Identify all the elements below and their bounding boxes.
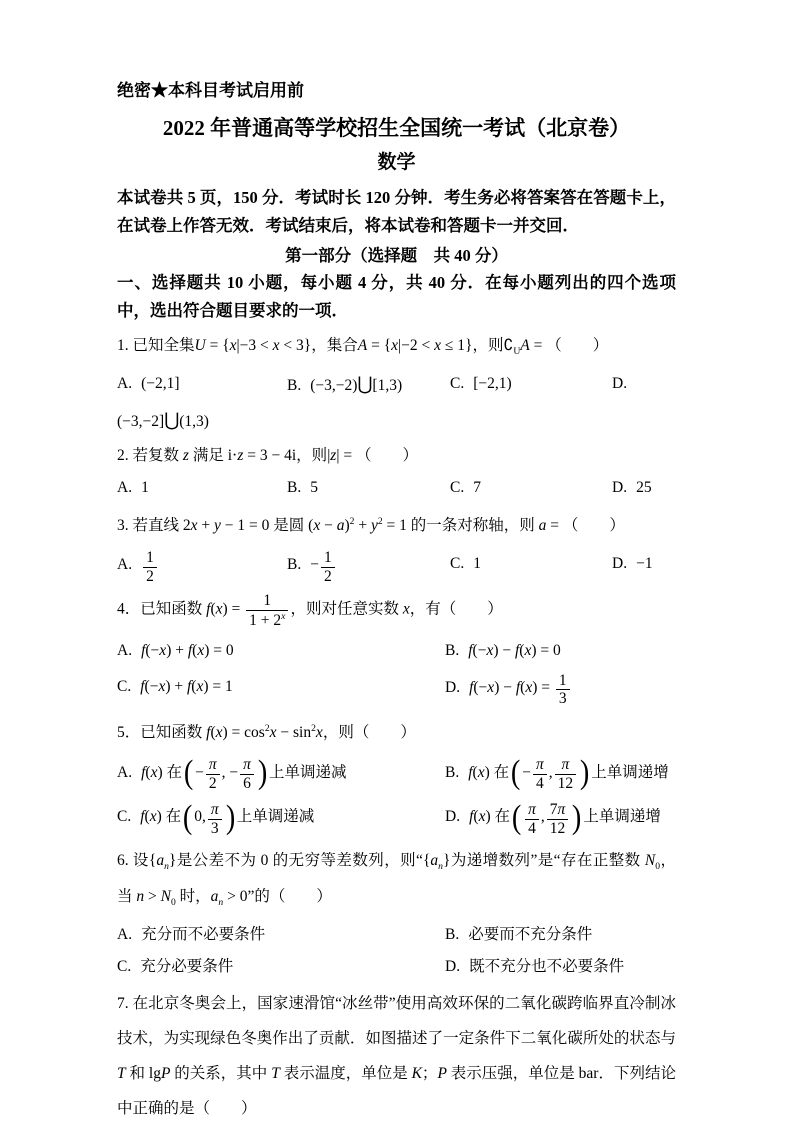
math-run: i⋅	[228, 447, 238, 464]
math-run: (−	[145, 678, 159, 695]
fraction-denominator: 12	[547, 820, 569, 838]
option-content: 必要而不充分条件	[468, 926, 592, 943]
option-content: f(x) 在(0,π3)上单调递减	[140, 808, 314, 825]
math-run: 6	[243, 775, 251, 792]
fraction: 13	[556, 672, 570, 709]
math-var: π	[558, 801, 566, 818]
fraction-numerator: 1	[556, 672, 570, 691]
math-var: π	[243, 756, 251, 773]
big-paren: )	[572, 802, 581, 834]
math-var: K	[412, 1065, 422, 1082]
option-label: D.	[445, 808, 460, 825]
question-2-stem: 2. 若复数 z 满足 i⋅z = 3 − 4i，则|z| = （ ）	[117, 441, 676, 471]
text-run: 上单调递减	[237, 808, 315, 825]
text-run: （ ）	[356, 447, 418, 464]
question-5-option-d: D.f(x) 在(π4,7π12)上单调递增	[445, 801, 676, 838]
option-label: D.	[612, 479, 627, 496]
math-run: ) −	[494, 679, 516, 696]
math-run: (−3,−2)	[310, 377, 357, 394]
text-run: 在	[491, 808, 510, 825]
fraction-denominator: 3	[556, 690, 570, 708]
math-var: π	[211, 801, 219, 818]
option-content: f(−x) − f(x) = 0	[468, 642, 561, 659]
math-var: π	[209, 756, 217, 773]
math-run: ≤ 1}	[441, 337, 472, 354]
math-var: A	[520, 337, 529, 354]
math-run: 2	[183, 517, 191, 534]
text-run: 在	[163, 764, 182, 781]
fraction-denominator: 2	[143, 568, 157, 586]
math-run: − sin	[277, 724, 312, 741]
text-run: 6. 设	[117, 852, 149, 869]
fraction: π3	[208, 801, 222, 838]
option-content: f(−x) + f(x) = 0	[141, 642, 234, 659]
math-run: 1	[146, 549, 154, 566]
math-var: x	[403, 600, 410, 617]
math-run: ) = 0	[531, 642, 560, 659]
text-run: 充分必要条件	[140, 958, 233, 975]
question-1: 1. 已知全集U = {x|−3 < x < 3}，集合A = {x|−2 < …	[117, 331, 676, 437]
text-run: 表示温度，单位是	[280, 1065, 412, 1082]
option-content: f(x) 在(π4,7π12)上单调递增	[469, 808, 661, 825]
big-paren: (	[184, 757, 193, 789]
text-run: （ ）	[563, 517, 625, 534]
question-1-option-a: A.(−2,1]	[117, 369, 287, 401]
math-var: A	[358, 337, 367, 354]
exam-notice: 本试卷共 5 页，150 分．考试时长 120 分钟．考生务必将答案答在答题卡上…	[117, 184, 676, 240]
option-content: 充分而不必要条件	[141, 926, 265, 943]
fraction: π12	[555, 756, 577, 793]
fraction-denominator: 4	[533, 775, 547, 793]
text-run: 必要而不充分条件	[468, 926, 592, 943]
math-run: ) =	[223, 600, 245, 617]
math-run: |−3 <	[237, 337, 273, 354]
subject-title: 数学	[117, 150, 676, 176]
math-var: π	[528, 801, 536, 818]
math-var: a	[430, 852, 438, 869]
fraction: 12	[143, 549, 157, 586]
option-label: D.	[445, 679, 460, 696]
math-var: x	[391, 337, 398, 354]
exam-title: 2022 年普通高等学校招生全国统一考试（北京卷）	[117, 114, 676, 142]
question-2-option-c: C.7	[450, 473, 612, 503]
math-run: (−2,1]	[141, 375, 179, 392]
math-run: 2	[324, 568, 332, 585]
math-run: , −	[222, 764, 239, 781]
math-var: x	[316, 724, 323, 741]
question-4-option-a: A.f(−x) + f(x) = 0	[117, 636, 445, 666]
option-label: B.	[287, 556, 301, 573]
question-2-option-d: D.25	[612, 473, 676, 503]
math-run: ) =	[532, 679, 554, 696]
option-label: C.	[117, 958, 131, 975]
math-var: x	[216, 724, 223, 741]
math-var: π	[536, 756, 544, 773]
math-run: =	[546, 517, 563, 534]
text-run: ，则	[472, 337, 503, 354]
option-label: D.	[612, 555, 627, 572]
math-run: − 1 = 0	[221, 517, 269, 534]
option-content: 既不充分也不必要条件	[469, 958, 624, 975]
math-run: bar	[579, 1065, 599, 1082]
math-run: ) = 1	[203, 678, 232, 695]
big-paren: (	[183, 802, 192, 834]
math-run: −	[310, 556, 319, 573]
big-paren: )	[580, 757, 589, 789]
option-label: A.	[117, 642, 132, 659]
question-6-option-d: D.既不充分也不必要条件	[445, 952, 676, 982]
text-run: 时，	[176, 888, 211, 905]
math-run: [1,3)	[372, 377, 402, 394]
math-run: = {	[206, 337, 230, 354]
option-content: (−2,1]	[141, 375, 179, 392]
question-4-option-c: C.f(−x) + f(x) = 1	[117, 672, 445, 709]
question-list: 1. 已知全集U = {x|−3 < x < 3}，集合A = {x|−2 < …	[117, 331, 676, 1122]
question-6-options-row: A.充分而不必要条件B.必要而不充分条件	[117, 920, 676, 950]
math-var: x	[273, 337, 280, 354]
option-content: (−3,−2)⋃[1,3)	[310, 377, 402, 394]
question-2-option-a: A.1	[117, 473, 287, 503]
text-run: 充分而不必要条件	[141, 926, 265, 943]
question-3-options-row: A.12B.−12C.1D.−1	[117, 549, 676, 586]
option-content: f(x) 在(−π4,π12)上单调递增	[468, 764, 669, 781]
option-label: D.	[612, 375, 627, 392]
text-run: 在	[162, 808, 181, 825]
math-run: = 3 − 4i	[243, 447, 296, 464]
math-run: 12	[558, 775, 574, 792]
union-symbol: ⋃	[357, 374, 372, 394]
math-run: | =	[336, 447, 356, 464]
question-6-option-b: B.必要而不充分条件	[445, 920, 676, 950]
question-6-stem: 6. 设{an}是公差不为 0 的无穷等差数列，则“{an}为递增数列”是“存在…	[117, 846, 676, 918]
math-run: (−	[473, 679, 487, 696]
math-run: 2	[146, 568, 154, 585]
option-content: 1	[141, 479, 149, 496]
question-3-option-a: A.12	[117, 549, 287, 586]
fraction: π4	[533, 756, 547, 793]
question-1-option-d: D.	[612, 369, 676, 401]
question-5-option-b: B.f(x) 在(−π4,π12)上单调递增	[445, 756, 676, 793]
math-run: = {	[367, 337, 391, 354]
fraction: 12	[321, 549, 335, 586]
math-run: −	[195, 764, 204, 781]
math-run: 2	[209, 775, 217, 792]
big-paren: (	[511, 757, 520, 789]
text-run: ，则	[296, 447, 327, 464]
fraction-numerator: π	[206, 756, 220, 775]
option-content: 5	[310, 479, 318, 496]
text-run: ”的（ ）	[247, 888, 331, 905]
math-var: x	[270, 724, 277, 741]
exam-page: 绝密★本科目考试启用前 2022 年普通高等学校招生全国统一考试（北京卷） 数学…	[0, 0, 793, 1122]
math-run: 4	[528, 820, 536, 837]
math-run: (−3,−2]	[117, 413, 164, 430]
option-content: −1	[636, 555, 653, 572]
math-run: > 0	[223, 888, 247, 905]
question-1-option-c: C.[−2,1)	[450, 369, 612, 401]
option-label: B.	[445, 926, 459, 943]
question-6-option-c: C.充分必要条件	[117, 952, 445, 982]
math-var: T	[117, 1065, 126, 1082]
text-run: 的一条对称轴，则	[407, 517, 539, 534]
big-paren: )	[258, 757, 267, 789]
math-run: 5	[310, 479, 318, 496]
math-run: −	[522, 764, 531, 781]
math-run: = 1	[383, 517, 407, 534]
option-label: A.	[117, 479, 132, 496]
union-symbol: ⋃	[164, 410, 179, 430]
math-run: 3	[211, 820, 219, 837]
text-run: 在	[490, 764, 509, 781]
question-3-option-d: D.−1	[612, 549, 676, 586]
math-var: U	[195, 337, 206, 354]
question-5-stem: 5．已知函数 f(x) = cos2x − sin2x，则（ ）	[117, 714, 676, 748]
option-label: B.	[287, 479, 301, 496]
superscript: x	[281, 611, 285, 622]
question-6-options-row: C.充分必要条件D.既不充分也不必要条件	[117, 952, 676, 982]
math-var: x	[216, 600, 223, 617]
security-classification: 绝密★本科目考试启用前	[117, 80, 676, 102]
option-label: C.	[450, 479, 464, 496]
text-run: 是公差不为 0 的无穷等差数列，则“	[176, 852, 423, 869]
question-2: 2. 若复数 z 满足 i⋅z = 3 − 4i，则|z| = （ ）A.1B.…	[117, 441, 676, 503]
fraction-denominator: 12	[555, 775, 577, 793]
question-3: 3. 若直线 2x + y − 1 = 0 是圆 (x − a)2 + y2 =…	[117, 507, 676, 586]
math-run: ) +	[166, 642, 188, 659]
option-label: B.	[287, 377, 301, 394]
math-var: n	[136, 888, 144, 905]
fraction-denominator: 2	[321, 568, 335, 586]
fraction-numerator: 7π	[547, 801, 569, 820]
math-run: ) = 0	[204, 642, 233, 659]
option-label: A.	[117, 556, 132, 573]
section1-intro: 一、选择题共 10 小题，每小题 4 分，共 40 分．在每小题列出的四个选项中…	[117, 269, 676, 325]
question-4-options-row: A.f(−x) + f(x) = 0B.f(−x) − f(x) = 0	[117, 636, 676, 666]
question-1-options-row: A.(−2,1]B.(−3,−2)⋃[1,3)C.[−2,1)D.	[117, 369, 676, 401]
math-var: y	[214, 517, 221, 534]
question-5-option-c: C.f(x) 在(0,π3)上单调递减	[117, 801, 445, 838]
text-run: 为递增数列”是“存在正整数	[450, 852, 645, 869]
text-run: ，有（ ）	[410, 600, 503, 617]
math-run: 1	[473, 555, 481, 572]
fraction: 7π12	[547, 801, 569, 838]
text-run: （ ）	[546, 337, 608, 354]
text-run: 3. 若直线	[117, 517, 183, 534]
text-run: 上单调递减	[269, 764, 347, 781]
math-var: x	[478, 764, 485, 781]
option-content: −12	[310, 556, 337, 573]
text-run: 上单调递增	[591, 764, 669, 781]
question-6: 6. 设{an}是公差不为 0 的无穷等差数列，则“{an}为递增数列”是“存在…	[117, 846, 676, 982]
math-run: (−	[473, 642, 487, 659]
option-label: C.	[117, 808, 131, 825]
fraction-numerator: 1	[321, 549, 335, 568]
question-7-stem: 7. 在北京冬奥会上，国家速滑馆“冰丝带”使用高效环保的二氧化碳跨临界直冷制冰技…	[117, 986, 676, 1122]
text-run: 5．已知函数	[117, 724, 206, 741]
math-run: ,	[549, 764, 553, 781]
fraction-numerator: 1	[246, 592, 288, 611]
option-content: 1	[473, 555, 481, 572]
text-run: ，集合	[311, 337, 358, 354]
math-var: N	[645, 852, 655, 869]
question-5-options-row: C.f(x) 在(0,π3)上单调递减D.f(x) 在(π4,7π12)上单调递…	[117, 801, 676, 838]
math-var: N	[161, 888, 171, 905]
math-run: 0,	[194, 808, 206, 825]
text-run: ；	[422, 1065, 438, 1082]
option-content: 充分必要条件	[140, 958, 233, 975]
option-content: f(−x) − f(x) = 13	[469, 679, 572, 696]
option-label: A.	[117, 764, 132, 781]
question-4-options-row: C.f(−x) + f(x) = 1D.f(−x) − f(x) = 13	[117, 672, 676, 709]
question-1-stem: 1. 已知全集U = {x|−3 < x < 3}，集合A = {x|−2 < …	[117, 331, 676, 367]
fraction-numerator: π	[533, 756, 547, 775]
math-run: =	[530, 337, 547, 354]
math-run: ∁	[503, 337, 513, 354]
fraction: 11 + 2x	[246, 592, 288, 630]
question-1-option-d-continued: (−3,−2]⋃(1,3)	[117, 405, 676, 437]
option-label: A.	[117, 926, 132, 943]
math-run: ) +	[165, 678, 187, 695]
option-content: 25	[636, 479, 652, 496]
fraction-numerator: π	[525, 801, 539, 820]
fraction-denominator: 3	[208, 820, 222, 838]
option-label: B.	[445, 764, 459, 781]
question-4: 4．已知函数 f(x) = 11 + 2x，则对任意实数 x，有（ ）A.f(−…	[117, 592, 676, 708]
math-run: +	[354, 517, 371, 534]
math-var: x	[434, 337, 441, 354]
math-run: −	[320, 517, 337, 534]
fraction: π4	[525, 801, 539, 838]
option-label: C.	[117, 678, 131, 695]
text-run: ，则（ ）	[323, 724, 416, 741]
big-paren: (	[512, 802, 521, 834]
option-label: C.	[450, 555, 464, 572]
fraction: π6	[240, 756, 254, 793]
fraction-denominator: 2	[206, 775, 220, 793]
math-run: 7	[473, 479, 481, 496]
question-3-stem: 3. 若直线 2x + y − 1 = 0 是圆 (x − a)2 + y2 =…	[117, 507, 676, 541]
fraction-numerator: π	[555, 756, 577, 775]
question-7: 7. 在北京冬奥会上，国家速滑馆“冰丝带”使用高效环保的二氧化碳跨临界直冷制冰技…	[117, 986, 676, 1122]
math-run: 1	[559, 672, 567, 689]
option-label: D.	[445, 958, 460, 975]
fraction-numerator: π	[240, 756, 254, 775]
question-3-option-c: C.1	[450, 549, 612, 586]
math-run: ) = cos	[223, 724, 265, 741]
math-run: 7	[550, 801, 558, 818]
text-run: 表示压强，单位是	[447, 1065, 579, 1082]
math-var: y	[371, 517, 378, 534]
fraction-denominator: 1 + 2x	[246, 611, 288, 630]
math-run: 25	[636, 479, 652, 496]
text-run: 是圆	[269, 517, 308, 534]
math-var: T	[271, 1065, 280, 1082]
math-run: −1	[636, 555, 653, 572]
option-label: A.	[117, 375, 132, 392]
option-label: B.	[445, 642, 459, 659]
text-run: 2. 若复数	[117, 447, 183, 464]
fraction-numerator: 1	[143, 549, 157, 568]
math-run: 1	[141, 479, 149, 496]
question-2-option-b: B.5	[287, 473, 450, 503]
text-run: 满足	[189, 447, 228, 464]
question-4-option-d: D.f(−x) − f(x) = 13	[445, 672, 676, 709]
math-var: P	[437, 1065, 446, 1082]
math-run: lg	[149, 1065, 161, 1082]
math-run: < 3}	[280, 337, 312, 354]
math-run: 12	[550, 820, 566, 837]
math-var: a	[156, 852, 164, 869]
math-run: 4	[536, 775, 544, 792]
option-content: 12	[141, 556, 159, 573]
option-label: C.	[450, 375, 464, 392]
math-var: x	[230, 337, 237, 354]
question-2-options-row: A.1B.5C.7D.25	[117, 473, 676, 503]
text-run: 既不充分也不必要条件	[469, 958, 624, 975]
math-var: π	[562, 756, 570, 773]
question-5: 5．已知函数 f(x) = cos2x − sin2x，则（ ）A.f(x) 在…	[117, 714, 676, 837]
math-run: 1	[324, 549, 332, 566]
math-var: P	[161, 1065, 170, 1082]
text-run: 4．已知函数	[117, 600, 206, 617]
question-4-option-b: B.f(−x) − f(x) = 0	[445, 636, 676, 666]
text-run: 7. 在北京冬奥会上，国家速滑馆“冰丝带”使用高效环保的二氧化碳跨临界直冷制冰技…	[117, 995, 676, 1047]
fraction: π2	[206, 756, 220, 793]
question-3-option-b: B.−12	[287, 549, 450, 586]
big-paren: )	[225, 802, 234, 834]
option-content: [−2,1)	[473, 375, 511, 392]
question-5-options-row: A.f(x) 在(−π2, −π6)上单调递减B.f(x) 在(−π4,π12)…	[117, 756, 676, 793]
math-run: >	[144, 888, 161, 905]
math-run: ) −	[493, 642, 515, 659]
question-1-option-b: B.(−3,−2)⋃[1,3)	[287, 369, 450, 401]
fraction-numerator: π	[208, 801, 222, 820]
math-var: x	[191, 517, 198, 534]
text-run: 1. 已知全集	[117, 337, 195, 354]
math-var: x	[150, 808, 157, 825]
text-run: 上单调递增	[583, 808, 661, 825]
math-run: +	[198, 517, 215, 534]
math-run: [−2,1)	[473, 375, 511, 392]
option-content: 7	[473, 479, 481, 496]
fraction-denominator: 6	[240, 775, 254, 793]
math-run: 1 + 2	[249, 612, 281, 629]
question-4-stem: 4．已知函数 f(x) = 11 + 2x，则对任意实数 x，有（ ）	[117, 592, 676, 630]
text-run: 的关系，其中	[170, 1065, 271, 1082]
math-run: |−2 <	[398, 337, 434, 354]
part1-heading: 第一部分（选择题 共 40 分）	[117, 242, 676, 269]
math-run: (1,3)	[179, 413, 209, 430]
math-run: ,	[541, 808, 545, 825]
math-run: 1	[263, 592, 271, 609]
math-run: 3	[559, 690, 567, 707]
option-content: f(−x) + f(x) = 1	[140, 678, 233, 695]
text-run: ，则对任意实数	[290, 600, 402, 617]
text-run: 和	[126, 1065, 149, 1082]
question-5-option-a: A.f(x) 在(−π2, −π6)上单调递减	[117, 756, 445, 793]
question-6-option-a: A.充分而不必要条件	[117, 920, 445, 950]
fraction-denominator: 4	[525, 820, 539, 838]
math-run: (−	[145, 642, 159, 659]
option-content: f(x) 在(−π2, −π6)上单调递减	[141, 764, 346, 781]
